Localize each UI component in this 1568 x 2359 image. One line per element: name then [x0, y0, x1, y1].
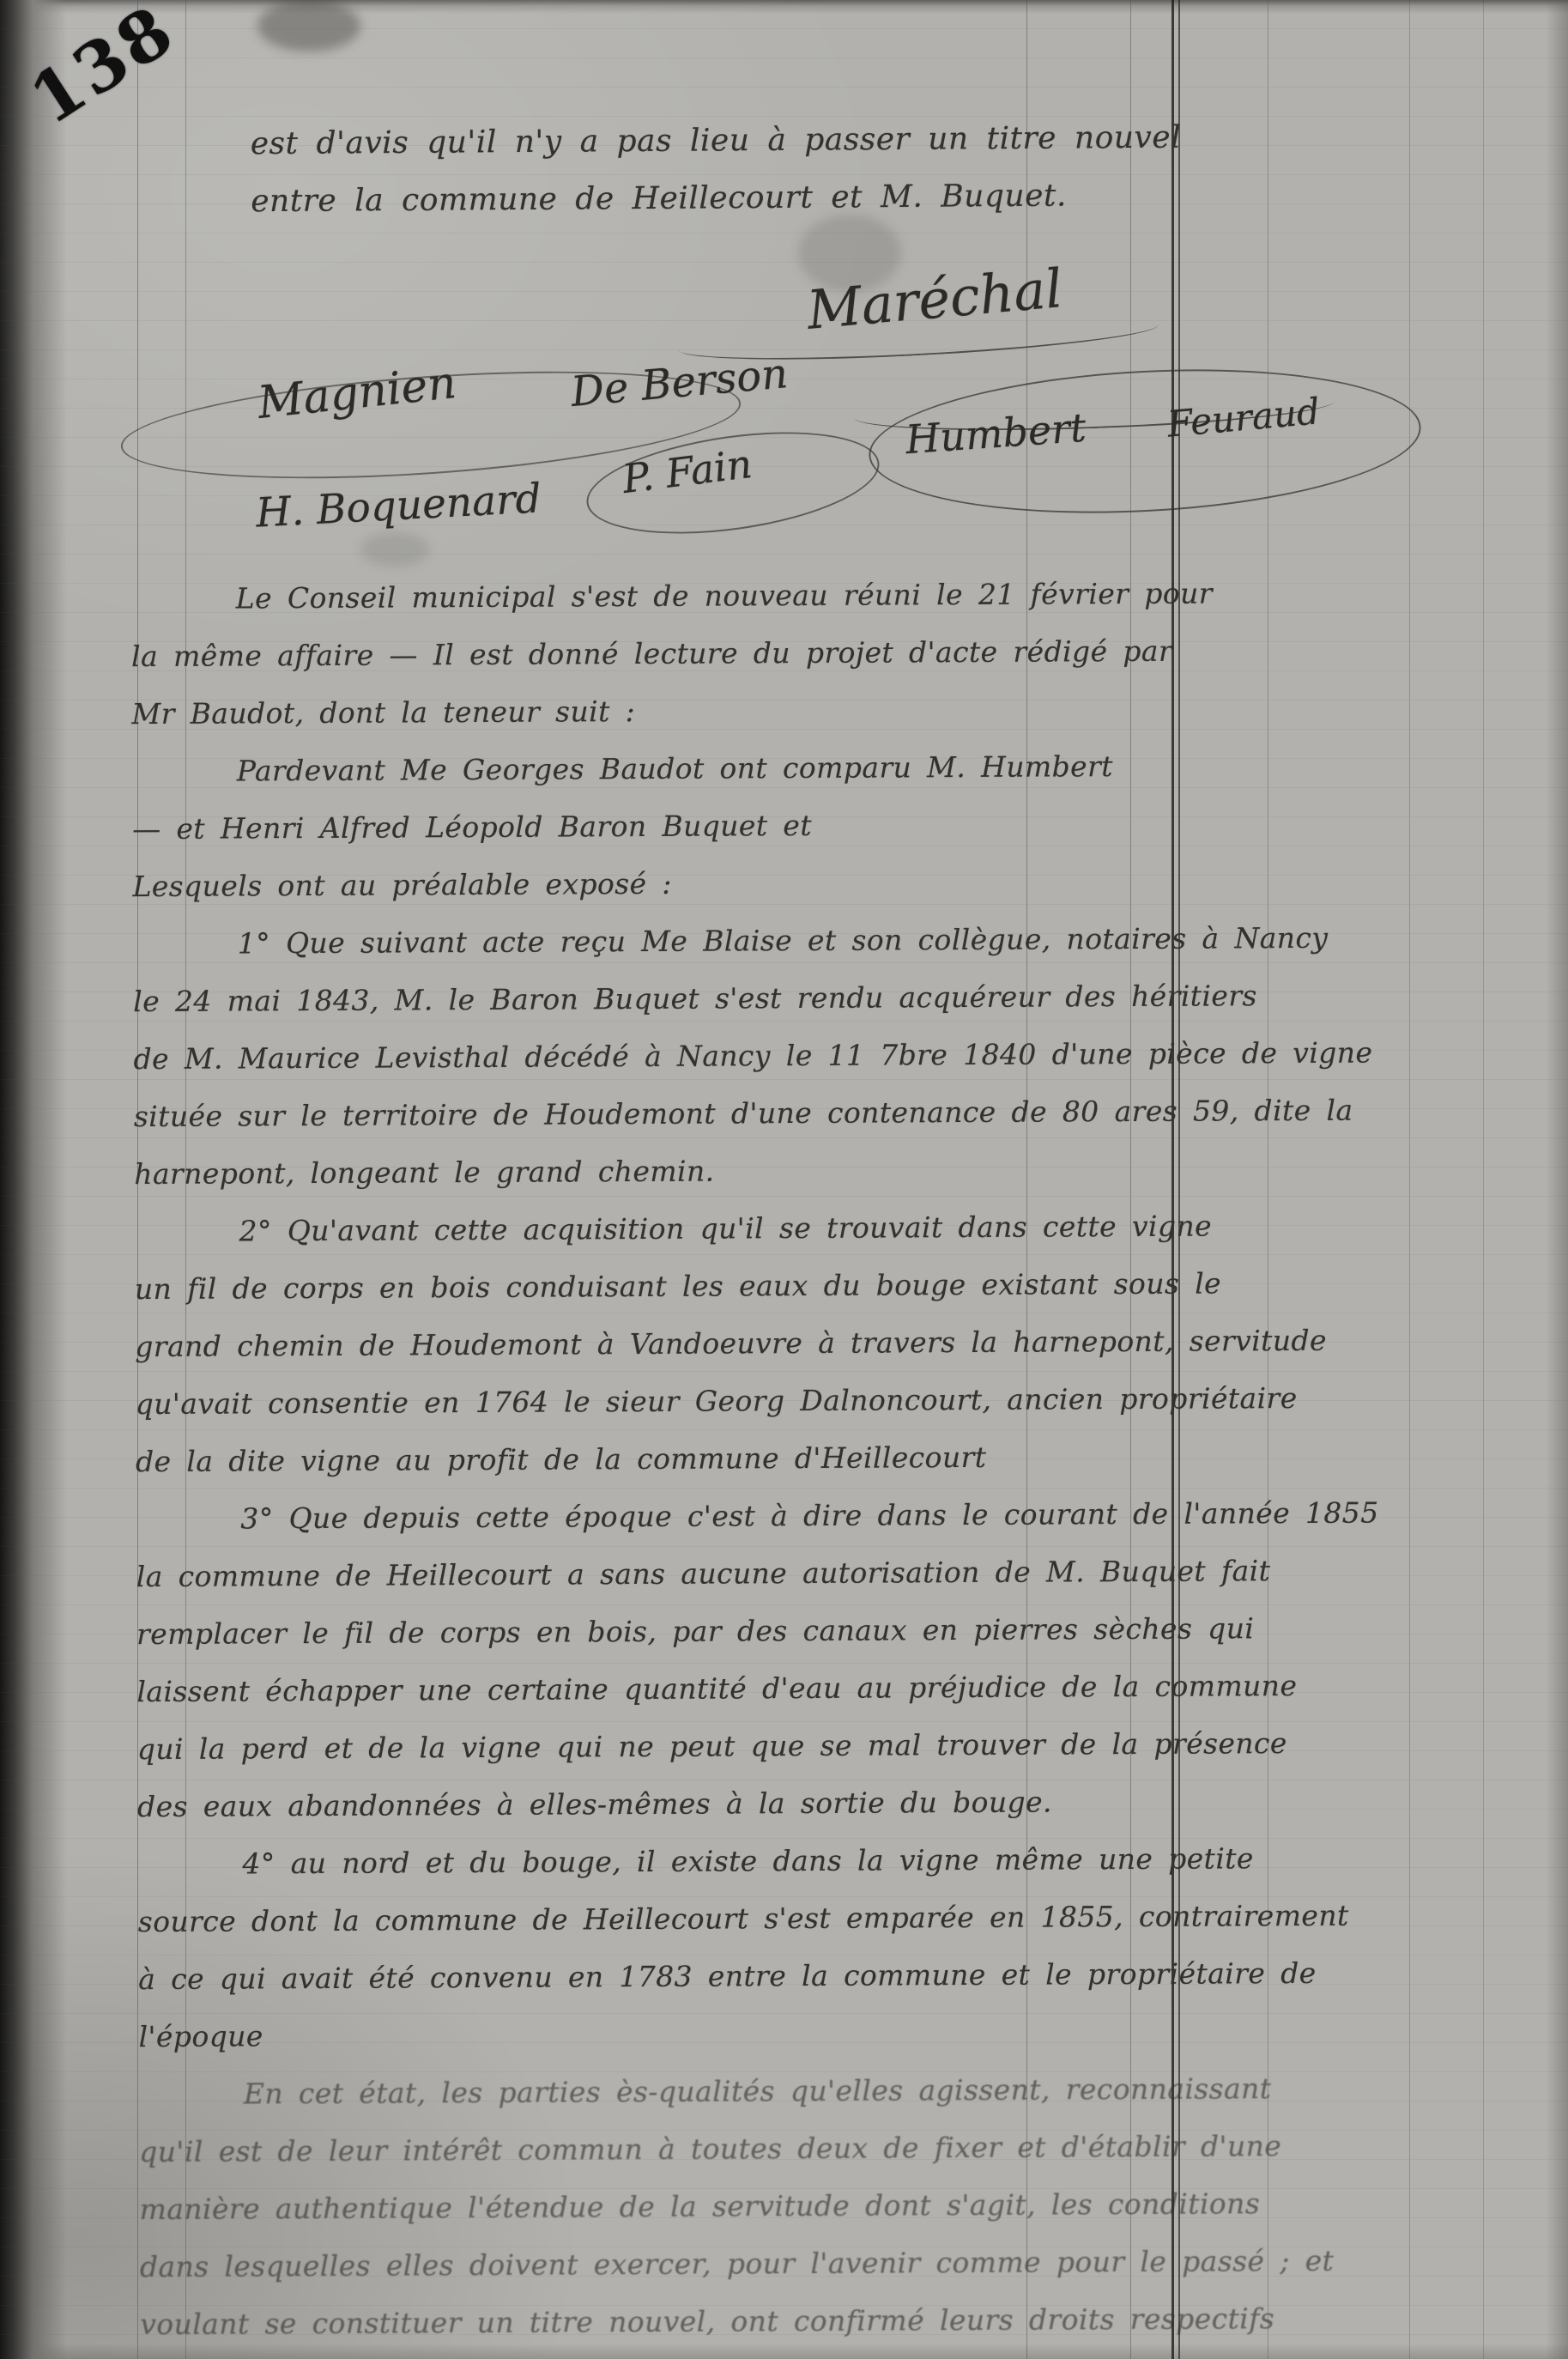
- manuscript-line: qu'il est de leur intérêt commun à toute…: [139, 2116, 1478, 2180]
- signature-feuraud: Feuraud: [1165, 390, 1321, 445]
- manuscript-line: Lesquels ont au préalable exposé :: [132, 851, 1471, 915]
- page-number-stamp: 138: [16, 0, 189, 140]
- manuscript-paragraph: Le Conseil municipal s'est de nouveau ré…: [131, 563, 1471, 743]
- manuscript-line: est d'avis qu'il n'y a pas lieu à passer…: [251, 106, 1280, 171]
- manuscript-line: manière authentique l'étendue de la serv…: [139, 2174, 1478, 2238]
- paper-stain-2: [360, 532, 429, 567]
- signature-magnien: Magnien: [255, 357, 458, 429]
- manuscript-line: la commune de Heillecourt a sans aucune …: [136, 1541, 1475, 1605]
- manuscript-line: à ce qui avait été convenu en 1783 entre…: [138, 1944, 1477, 2008]
- manuscript-line: 3° Que depuis cette époque c'est à dire …: [136, 1483, 1474, 1548]
- manuscript-line: des eaux abandonnées à elles-mêmes à la …: [137, 1771, 1476, 1835]
- manuscript-line: grand chemin de Houdemont à Vandoeuvre à…: [135, 1311, 1474, 1375]
- manuscript-line: dans lesquelles elles doivent exercer, p…: [140, 2231, 1479, 2295]
- ink-smudge: [257, 0, 360, 52]
- manuscript-line: — et Henri Alfred Léopold Baron Buquet e…: [132, 793, 1471, 858]
- signature-de-berson: De Berson: [569, 349, 790, 416]
- manuscript-page-scan: { "page": { "number": "138", "kind": "ha…: [0, 0, 1568, 2359]
- manuscript-line: Le Conseil municipal s'est de nouveau ré…: [131, 563, 1470, 628]
- manuscript-body: Le Conseil municipal s'est de nouveau ré…: [131, 563, 1480, 2353]
- manuscript-line: entre la commune de Heillecourt et M. Bu…: [251, 164, 1280, 228]
- manuscript-line: 1° Que suivant acte reçu Me Blaise et so…: [133, 908, 1472, 973]
- manuscript-line: l'époque: [138, 2001, 1477, 2065]
- manuscript-line: un fil de corps en bois conduisant les e…: [135, 1253, 1474, 1318]
- manuscript-line: de M. Maurice Levisthal décédé à Nancy l…: [133, 1023, 1472, 1088]
- signature-fain: P. Fain: [620, 440, 754, 502]
- manuscript-line: Pardevant Me Georges Baudot ont comparu …: [132, 736, 1471, 800]
- manuscript-line: située sur le territoire de Houdemont d'…: [134, 1081, 1473, 1145]
- manuscript-paragraph: 2° Qu'avant cette acquisition qu'il se t…: [134, 1196, 1474, 1490]
- manuscript-line: remplacer le fil de corps en bois, par d…: [136, 1598, 1475, 1663]
- manuscript-line: 2° Qu'avant cette acquisition qu'il se t…: [134, 1196, 1473, 1260]
- manuscript-line: laissent échapper une certaine quantité …: [136, 1656, 1475, 1720]
- manuscript-line: la même affaire — Il est donné lecture d…: [131, 621, 1470, 685]
- signature-marechal: Maréchal: [804, 257, 1064, 342]
- manuscript-paragraph: En cet état, les parties ès-qualités qu'…: [139, 2059, 1480, 2353]
- manuscript-line: qui la perd et de la vigne qui ne peut q…: [137, 1713, 1476, 1778]
- manuscript-paragraph: 4° au nord et du bouge, il existe dans l…: [137, 1828, 1477, 2065]
- manuscript-paragraph: 1° Que suivant acte reçu Me Blaise et so…: [133, 908, 1474, 1203]
- manuscript-line: source dont la commune de Heillecourt s'…: [138, 1886, 1477, 1950]
- signature-humbert: Humbert: [904, 404, 1087, 464]
- manuscript-line: Mr Baudot, dont la teneur suit :: [131, 678, 1470, 743]
- manuscript-line: harnepont, longeant le grand chemin.: [134, 1138, 1473, 1203]
- manuscript-line: qu'avait consentie en 1764 le sieur Geor…: [135, 1368, 1474, 1433]
- manuscript-line: de la dite vigne au profit de la commune…: [136, 1426, 1474, 1490]
- intro-text: est d'avis qu'il n'y a pas lieu à passer…: [251, 106, 1281, 228]
- signature-boquenard: H. Boquenard: [255, 475, 542, 537]
- manuscript-paragraph: 3° Que depuis cette époque c'est à dire …: [136, 1483, 1476, 1835]
- manuscript-line: le 24 mai 1843, M. le Baron Buquet s'est…: [133, 966, 1472, 1030]
- manuscript-line: 4° au nord et du bouge, il existe dans l…: [137, 1828, 1476, 1893]
- manuscript-line: voulant se constituer un titre nouvel, o…: [140, 2289, 1479, 2353]
- manuscript-paragraph: Pardevant Me Georges Baudot ont comparu …: [132, 736, 1472, 915]
- manuscript-line: En cet état, les parties ès-qualités qu'…: [139, 2059, 1478, 2123]
- column-rule-5: [1483, 0, 1484, 2359]
